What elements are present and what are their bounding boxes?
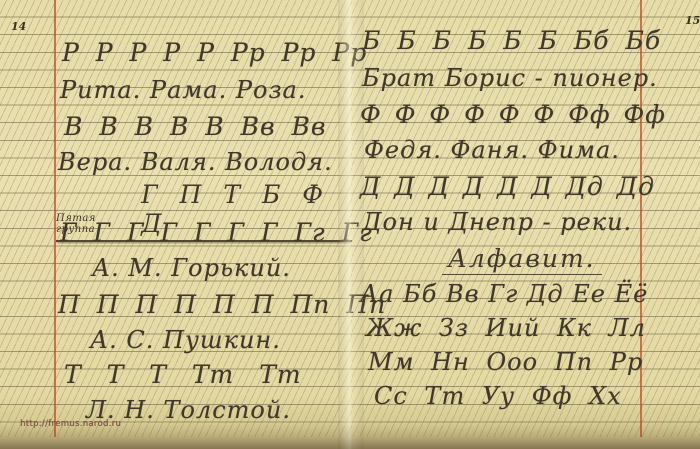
page-left: 14 Р Р Р Р Р Рр Рр Рр Рита. Рама. Роза. … [0,0,352,437]
handwriting-line: Ф Ф Ф Ф Ф Ф Фф Фф [360,100,666,129]
handwriting-line: П П П П П П Пп Пп [58,290,386,319]
handwriting-line: В В В В В Вв Вв [64,112,326,141]
watermark-url: http://fremus.narod.ru [20,419,121,429]
handwriting-line: Мм Нн Ооо Пп Рр [368,348,643,376]
page-right: 15 Б Б Б Б Б Б Бб Бб Брат Борис - пионер… [352,0,700,437]
handwriting-line: А. С. Пушкин. [90,326,281,354]
handwriting-line: Р Р Р Р Р Рр Рр Рр [62,38,367,67]
handwriting-line: Т Т Т Тт Тт [64,360,302,389]
copybook-scan: 14 Р Р Р Р Р Рр Рр Рр Рита. Рама. Роза. … [0,0,700,449]
handwriting-line: Вера. Валя. Володя. [58,148,333,176]
page-number-right: 15 [685,14,700,27]
handwriting-line: Аа Бб Вв Гг Дд Ее Ёё [360,280,648,308]
handwriting-line: Г Г Г Г Г Г Г Гг Гг [60,218,373,247]
handwriting-line: Рита. Рама. Роза. [60,76,306,104]
handwriting-line: Брат Борис - пионер. [362,64,658,92]
handwriting-line: Сс Тт Уу Фф Хх [374,382,622,410]
handwriting-line: Дон и Днепр - реки. [362,208,632,236]
handwriting-line: Б Б Б Б Б Б Бб Бб [362,26,661,55]
page-number-left: 14 [11,20,26,33]
handwriting-line: А. М. Горький. [92,254,291,282]
handwriting-line: Жж Зз Иий Кк Лл [366,314,646,342]
handwriting-line: Федя. Фаня. Фима. [364,136,620,164]
section-header: Алфавит. [442,244,602,275]
handwriting-line: Д Д Д Д Д Д Дд Дд [360,172,655,201]
